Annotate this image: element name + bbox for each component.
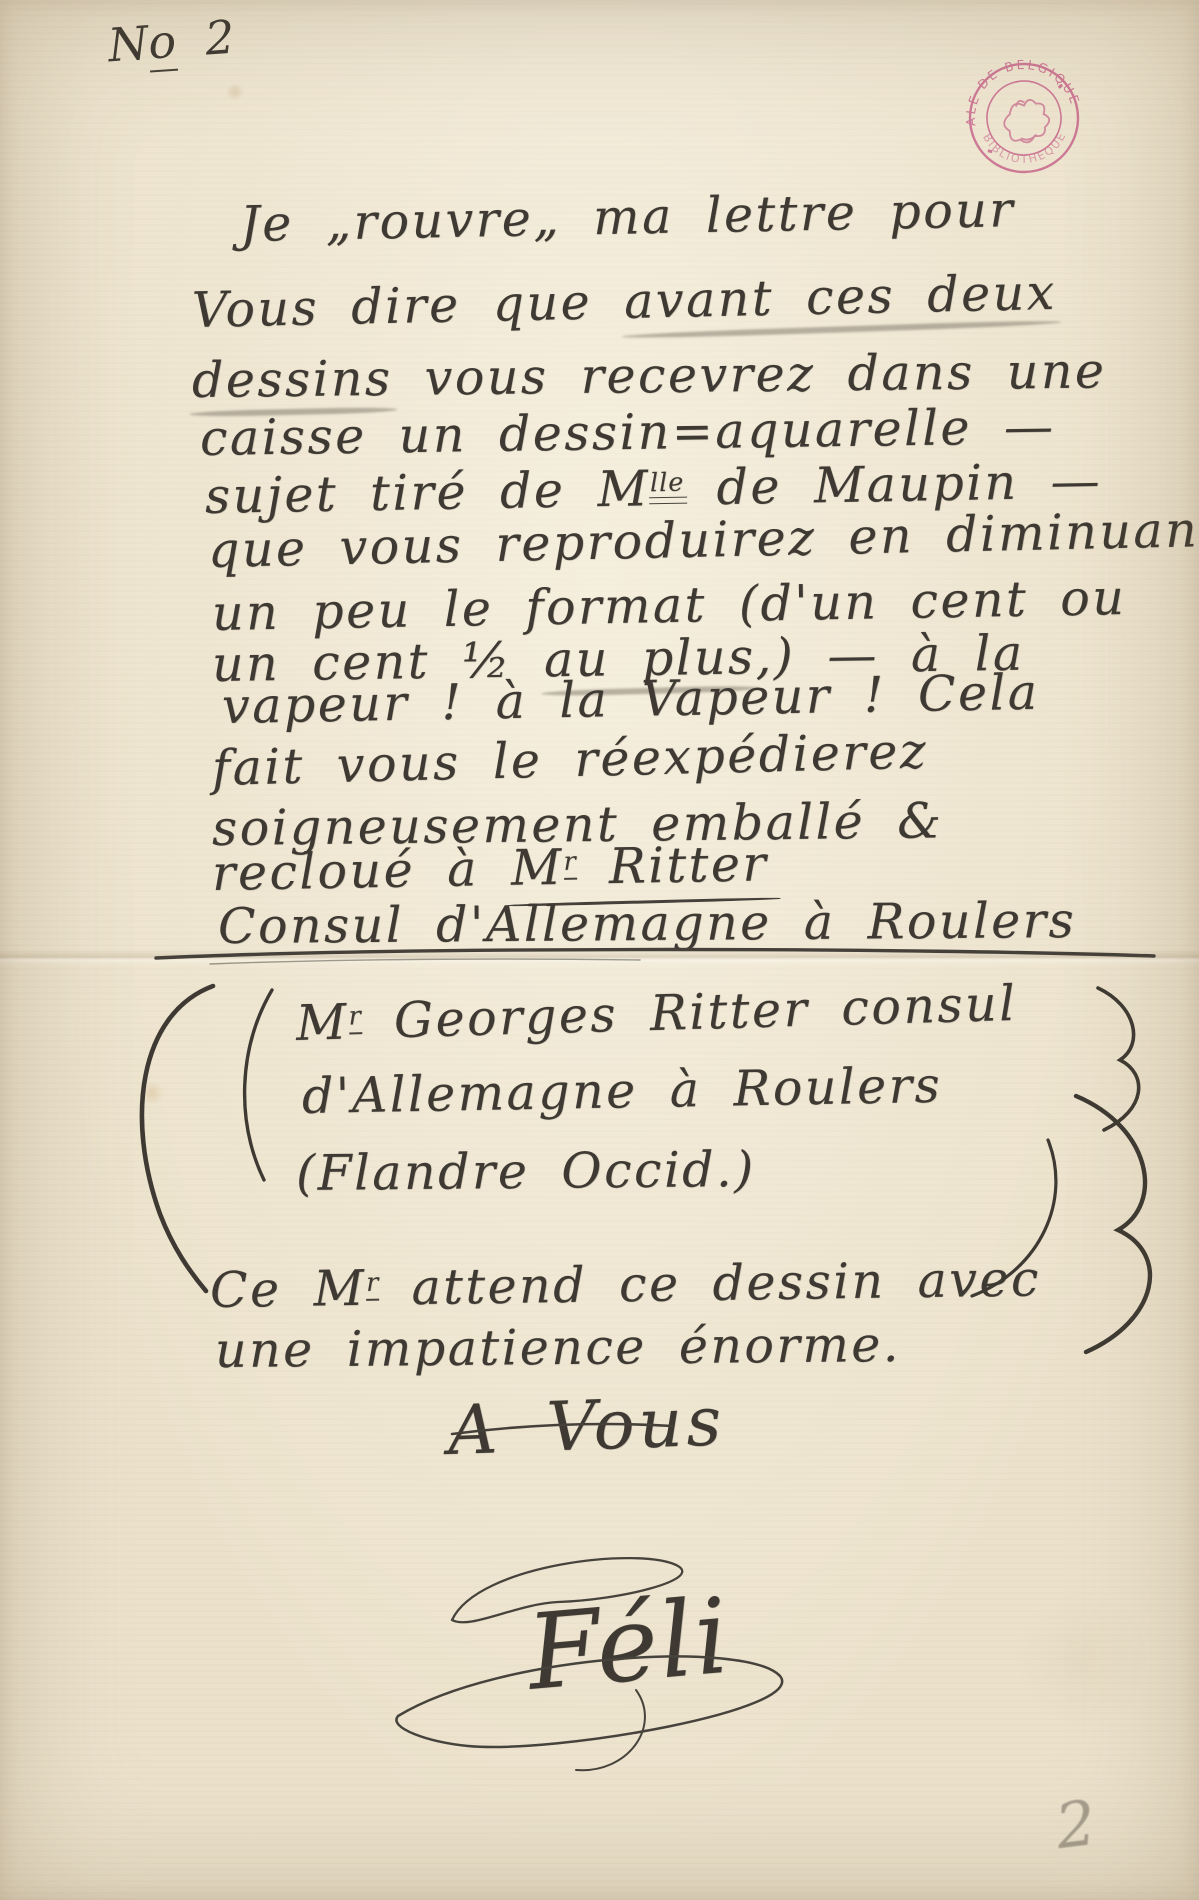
line-text: Je „rouvre„ ma lettre pour: [239, 181, 1015, 253]
line-text: d'Allemagne à Roulers: [302, 1057, 943, 1125]
address-line-2: d'Allemagne à Roulers: [302, 1057, 943, 1125]
closing-salutation: A Vous: [447, 1382, 727, 1471]
letter-line-1: Je „rouvre„ ma lettre pour: [239, 181, 1015, 253]
superscript-r: r: [563, 847, 577, 880]
letter-page: No 2 ALE DE BELGIQUE BIBLIOTHEQUE Je „r: [0, 0, 1199, 1900]
line-text: recloué à: [212, 840, 512, 902]
superscript-r: r: [348, 1001, 362, 1034]
line-text: une impatience énorme.: [215, 1316, 901, 1379]
left-brace-inner: [245, 990, 272, 1180]
stamp-ring-text-bottom: BIBLIOTHEQUE: [979, 113, 1074, 176]
line-text: M: [510, 839, 564, 897]
pencil-folio-number: 2: [1052, 1786, 1100, 1863]
stamp-lion-icon: [1000, 95, 1054, 147]
line-text: (Flandre Occid.): [296, 1141, 756, 1202]
svg-text:BIBLIOTHEQUE: BIBLIOTHEQUE: [979, 113, 1074, 176]
line-text: Vous dire que: [191, 273, 624, 339]
address-line-1: Mr Georges Ritter consul: [295, 975, 1018, 1052]
line-text: fait vous le réexpédierez: [211, 723, 928, 797]
postscript-line-2: une impatience énorme.: [215, 1316, 901, 1379]
line-text: M: [295, 994, 349, 1052]
line-text: attend ce dessin avec: [379, 1250, 1041, 1316]
letter-line-2: Vous dire que avant ces deux: [191, 264, 1057, 339]
line-text: Georges Ritter consul: [361, 975, 1018, 1050]
line-text: Consul d'Allemagne à Roulers: [218, 892, 1077, 955]
paper-fold-crease: [0, 950, 1199, 966]
right-brace-large: [1076, 1096, 1150, 1352]
library-stamp-icon: ALE DE BELGIQUE BIBLIOTHEQUE: [959, 53, 1089, 183]
address-line-3: (Flandre Occid.): [296, 1141, 756, 1202]
underlined-phrase: avant ces deux: [624, 264, 1058, 330]
ink-underline-long-echo: [210, 959, 640, 964]
right-brace-small: [1098, 988, 1139, 1130]
underlined-phrase: dessins: [192, 350, 393, 409]
signature-text: Féli: [523, 1575, 735, 1714]
page-number: No 2: [106, 10, 236, 73]
letter-line-12: recloué à Mr Ritter: [212, 835, 769, 902]
underlined-addressee: Mr Ritter: [510, 835, 768, 896]
line-text: A Vous: [447, 1382, 727, 1471]
signature: Féli: [523, 1575, 735, 1714]
postscript-line-1: Ce Mr attend ce dessin avec: [210, 1250, 1042, 1319]
stamp-ring-text-top: ALE DE BELGIQUE: [959, 53, 1084, 134]
superscript-lle: lle: [650, 468, 685, 499]
page-number-value: 2: [203, 10, 236, 66]
superscript-r: r: [366, 1268, 380, 1301]
line-text: vous recevrez dans une: [392, 342, 1106, 406]
letter-line-10: fait vous le réexpédierez: [211, 723, 928, 797]
line-text: Ce M: [210, 1260, 367, 1319]
page-number-ordinal: o: [146, 14, 178, 73]
line-text: Ritter: [576, 835, 768, 895]
page-number-prefix: N: [106, 16, 150, 73]
letter-line-13: Consul d'Allemagne à Roulers: [218, 892, 1077, 955]
left-brace-outer: [142, 986, 213, 1291]
svg-text:ALE DE BELGIQUE: ALE DE BELGIQUE: [959, 53, 1084, 134]
